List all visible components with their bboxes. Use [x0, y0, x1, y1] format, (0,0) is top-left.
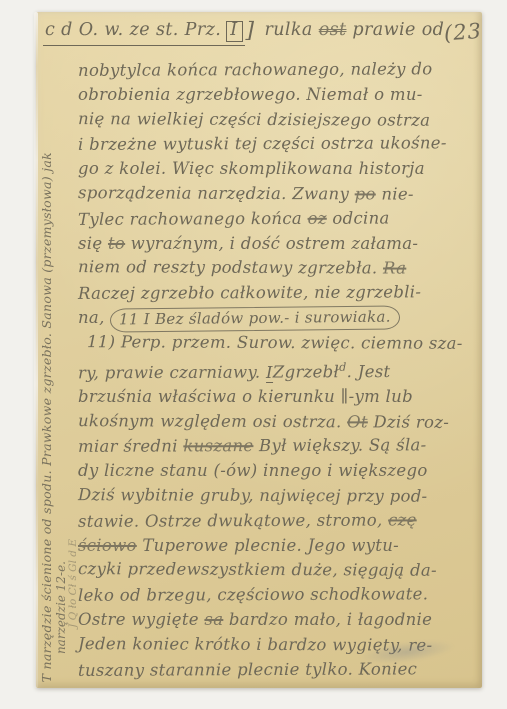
- text-segment: dy liczne stanu (-ów) innego i większego: [78, 461, 428, 480]
- text-segment: na,: [78, 308, 110, 327]
- circled-note: 11 I Bez śladów pow.- i surowiaka.: [110, 305, 400, 332]
- page-number: (23: [443, 19, 484, 46]
- text-segment: nie-: [376, 184, 414, 203]
- text-segment: Dziś wybitnie gruby, najwięcej przy pod-: [78, 485, 428, 506]
- text-segment: niem od reszty podstawy zgrzebła.: [78, 258, 383, 278]
- text-line: Ostre wygięte sa bardzo mało, i łagodnie: [78, 608, 472, 633]
- text-line: Raczej zgrzebło całkowite, nie zgrzebli-: [78, 280, 472, 307]
- text-segment: czę: [388, 510, 417, 529]
- text-line: ściowo Tuperowe plecnie. Jego wytu-: [78, 534, 472, 559]
- text-line: i brzeżne wytuski tej części ostrza ukoś…: [78, 132, 472, 159]
- header-line: c d O. w. ze st. Prz.I ] rulka ost prawi…: [43, 20, 476, 46]
- index-card: c d O. w. ze st. Prz.I ] rulka ost prawi…: [36, 12, 482, 688]
- text-line: obrobienia zgrzebłowego. Niemał o mu-: [78, 83, 472, 108]
- text-segment: to: [108, 234, 125, 253]
- scan-background: c d O. w. ze st. Prz.I ] rulka ost prawi…: [0, 0, 507, 709]
- text-segment: Zgrzebł: [273, 362, 339, 381]
- text-segment: nię na wielkiej części dzisiejszego ostr…: [78, 109, 430, 130]
- text-line: się to wyraźnym, i dość ostrem załama-: [78, 232, 472, 257]
- text-line: czyki przedewszystkiem duże, sięgają da-: [78, 558, 472, 585]
- text-segment: się: [78, 234, 108, 253]
- text-segment: rulka: [264, 20, 318, 40]
- text-segment: Dziś roz-: [368, 412, 449, 431]
- text-line: 11) Perp. przem. Surow. zwięc. ciemno sz…: [78, 330, 472, 357]
- text-segment: po: [355, 184, 376, 203]
- header-continuation: rulka ost prawie od: [264, 20, 444, 40]
- text-line: ukośnym względem osi ostrza. Ot Dziś roz…: [78, 409, 472, 436]
- header-bracket: ]: [246, 18, 255, 43]
- text-segment: ost: [319, 20, 347, 40]
- text-line: go z kolei. Więc skomplikowana historja: [78, 157, 472, 182]
- text-segment: 11) Perp. przem. Surow. zwięc. ciemno sz…: [87, 332, 463, 353]
- text-segment: i brzeżne wytuski tej części ostrza ukoś…: [78, 134, 447, 155]
- text-segment: . Jest: [347, 362, 391, 381]
- text-line: nobytylca końca rachowanego, należy do: [78, 57, 472, 84]
- text-segment: Ra: [383, 259, 406, 278]
- text-segment: leko od brzegu, częściowo schodkowate.: [78, 585, 428, 606]
- text-segment: go z kolei. Więc skomplikowana historja: [78, 159, 425, 178]
- text-segment: ściowo: [78, 536, 137, 555]
- text-segment: Ot: [347, 412, 368, 431]
- text-segment: Był większy. Są śla-: [253, 436, 426, 456]
- text-line: brzuśnia właściwa o kierunku ∥-ym lub: [78, 385, 472, 410]
- text-line: niem od reszty podstawy zgrzebła. Ra: [78, 256, 472, 283]
- text-segment: stawie. Ostrze dwukątowe, stromo,: [78, 510, 388, 530]
- text-segment: bardzo mało, i łagodnie: [223, 610, 432, 629]
- text-line: na, 11 I Bez śladów pow.- i surowiaka.: [78, 306, 472, 331]
- text-segment: miar średni: [78, 437, 183, 456]
- text-line: ry, prawie czarniawy. IZgrzebłd. Jest: [78, 355, 472, 386]
- text-segment: Raczej zgrzebło całkowite, nie zgrzebli-: [78, 283, 421, 303]
- text-segment: d: [339, 360, 347, 373]
- text-line: nię na wielkiej części dzisiejszego ostr…: [78, 107, 472, 134]
- text-segment: nobytylca końca rachowanego, należy do: [78, 59, 432, 80]
- header-label: c d O. w. ze st. Prz.: [45, 20, 221, 40]
- text-line: dy liczne stanu (-ów) innego i większego: [78, 459, 472, 484]
- text-segment: wyraźnym, i dość ostrem załama-: [125, 234, 418, 253]
- text-line: miar średni kuszane Był większy. Są śla-: [78, 434, 472, 461]
- text-segment: Tylec rachowanego końca: [78, 209, 308, 229]
- text-segment: sporządzenia narzędzia. Zwany: [78, 183, 355, 203]
- text-segment: ry, prawie czarniawy.: [78, 362, 266, 382]
- text-segment: Tuperowe plecnie. Jego wytu-: [137, 536, 399, 555]
- text-segment: czyki przedewszystkiem duże, sięgają da-: [78, 560, 437, 581]
- text-segment: brzuśnia właściwa o kierunku ∥-ym lub: [78, 387, 413, 406]
- handwritten-text: nobytylca końca rachowanego, należy doob…: [78, 58, 472, 682]
- text-segment: Ostre wygięte: [78, 610, 204, 629]
- text-segment: oz: [308, 209, 327, 228]
- text-line: Tylec rachowanego końca oz odcina: [78, 206, 472, 233]
- margin-note-inner: narzędzie 12-e.: [54, 561, 68, 654]
- text-segment: sa: [204, 610, 223, 629]
- text-segment: kuszane: [183, 437, 253, 456]
- text-segment: odcina: [327, 208, 390, 227]
- margin-note-outer: T narzędzie ścienione od spodu. Prawkowe…: [39, 152, 54, 682]
- text-segment: obrobienia zgrzebłowego. Niemał o mu-: [78, 85, 423, 104]
- header-reference: c d O. w. ze st. Prz.I: [43, 20, 245, 46]
- text-line: stawie. Ostrze dwukątowe, stromo, czę: [78, 508, 472, 535]
- text-line: Dziś wybitnie gruby, najwięcej przy pod-: [78, 483, 472, 510]
- text-segment: prawie od: [346, 20, 444, 40]
- text-segment: ukośnym względem osi ostrza.: [78, 411, 347, 431]
- text-line: sporządzenia narzędzia. Zwany po nie-: [78, 181, 472, 208]
- boxed-numeral: I: [226, 21, 242, 42]
- text-line: leko od brzegu, częściowo schodkowate.: [78, 582, 472, 609]
